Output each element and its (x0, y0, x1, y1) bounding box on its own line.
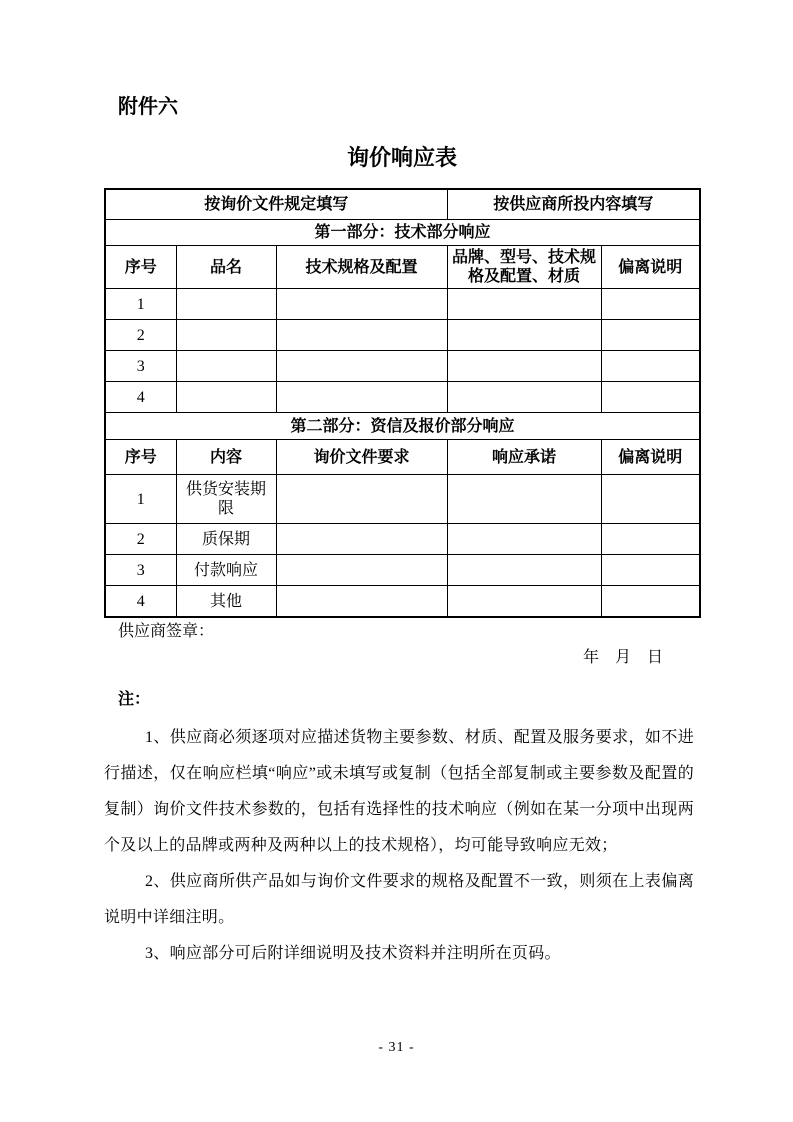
empty-cell (447, 351, 601, 382)
part1-row-2: 2 (105, 320, 700, 351)
part2-col-deviation: 偏离说明 (601, 440, 700, 475)
empty-cell (447, 475, 601, 524)
serial-cell: 1 (105, 475, 176, 524)
part1-header-row: 序号 品名 技术规格及配置 品牌、型号、技术规格及配置、材质 偏离说明 (105, 246, 700, 289)
part2-col-commitment: 响应承诺 (447, 440, 601, 475)
empty-cell (447, 524, 601, 555)
part1-col-brand-model: 品牌、型号、技术规格及配置、材质 (447, 246, 601, 289)
empty-cell (447, 289, 601, 320)
part1-row-3: 3 (105, 351, 700, 382)
part1-row-1: 1 (105, 289, 700, 320)
empty-cell (176, 382, 276, 413)
content-cell: 供货安装期限 (176, 475, 276, 524)
fill-instructions-row: 按询价文件规定填写 按供应商所投内容填写 (105, 189, 700, 220)
empty-cell (276, 475, 447, 524)
document-content: 附件六 询价响应表 按询价文件规定填写 按供应商所投内容填写 第一部分：技术部分… (0, 0, 793, 972)
empty-cell (447, 586, 601, 618)
supplier-seal-label: 供应商签章： (118, 622, 700, 642)
attachment-label: 附件六 (118, 97, 700, 117)
empty-cell (601, 382, 700, 413)
empty-cell (601, 475, 700, 524)
part2-row-3: 3 付款响应 (105, 555, 700, 586)
empty-cell (601, 555, 700, 586)
part2-row-1: 1 供货安装期限 (105, 475, 700, 524)
empty-cell (276, 320, 447, 351)
empty-cell (601, 586, 700, 618)
part2-row-2: 2 质保期 (105, 524, 700, 555)
part1-col-deviation: 偏离说明 (601, 246, 700, 289)
empty-cell (276, 586, 447, 618)
part1-section-title: 第一部分：技术部分响应 (105, 220, 700, 246)
serial-cell: 3 (105, 555, 176, 586)
page-number: - 31 - (0, 1040, 793, 1056)
date-line: 年 月 日 (104, 648, 700, 668)
serial-cell: 2 (105, 320, 176, 351)
content-cell: 质保期 (176, 524, 276, 555)
empty-cell (601, 320, 700, 351)
note-item-3: 3、响应部分可后附详细说明及技术资料并注明所在页码。 (104, 936, 700, 972)
part2-section-row: 第二部分：资信及报价部分响应 (105, 413, 700, 440)
empty-cell (276, 382, 447, 413)
empty-cell (276, 289, 447, 320)
part1-col-serial: 序号 (105, 246, 176, 289)
part2-col-content: 内容 (176, 440, 276, 475)
empty-cell (276, 555, 447, 586)
part2-header-row: 序号 内容 询价文件要求 响应承诺 偏离说明 (105, 440, 700, 475)
empty-cell (176, 351, 276, 382)
part2-col-serial: 序号 (105, 440, 176, 475)
part1-section-row: 第一部分：技术部分响应 (105, 220, 700, 246)
page-title: 询价响应表 (104, 146, 700, 169)
empty-cell (601, 351, 700, 382)
empty-cell (276, 524, 447, 555)
document-page: 附件六 询价响应表 按询价文件规定填写 按供应商所投内容填写 第一部分：技术部分… (0, 0, 793, 972)
serial-cell: 4 (105, 382, 176, 413)
notes-label: 注： (118, 690, 700, 710)
fill-instruction-right: 按供应商所投内容填写 (447, 189, 700, 220)
response-table: 按询价文件规定填写 按供应商所投内容填写 第一部分：技术部分响应 序号 品名 技… (104, 188, 701, 618)
empty-cell (276, 351, 447, 382)
empty-cell (447, 320, 601, 351)
part2-section-title: 第二部分：资信及报价部分响应 (105, 413, 700, 440)
empty-cell (447, 555, 601, 586)
content-cell: 付款响应 (176, 555, 276, 586)
empty-cell (601, 524, 700, 555)
fill-instruction-left: 按询价文件规定填写 (105, 189, 447, 220)
empty-cell (176, 320, 276, 351)
note-item-1: 1、供应商必须逐项对应描述货物主要参数、材质、配置及服务要求，如不进行描述，仅在… (104, 720, 700, 864)
serial-cell: 2 (105, 524, 176, 555)
empty-cell (447, 382, 601, 413)
content-cell: 其他 (176, 586, 276, 618)
part1-col-spec-config: 技术规格及配置 (276, 246, 447, 289)
empty-cell (601, 289, 700, 320)
serial-cell: 4 (105, 586, 176, 618)
serial-cell: 3 (105, 351, 176, 382)
note-item-2: 2、供应商所供产品如与询价文件要求的规格及配置不一致，则须在上表偏离说明中详细注… (104, 864, 700, 936)
part1-col-product-name: 品名 (176, 246, 276, 289)
part1-row-4: 4 (105, 382, 700, 413)
serial-cell: 1 (105, 289, 176, 320)
empty-cell (176, 289, 276, 320)
part2-col-requirement: 询价文件要求 (276, 440, 447, 475)
part2-row-4: 4 其他 (105, 586, 700, 618)
